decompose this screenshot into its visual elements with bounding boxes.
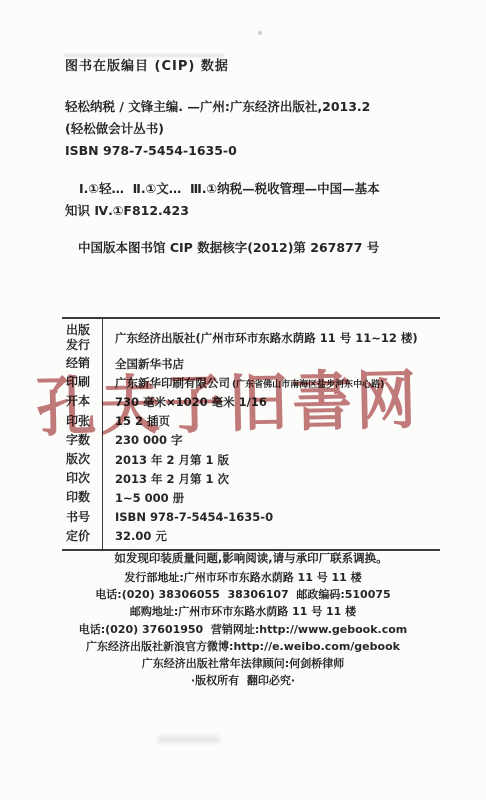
publisher-contact-block: 发行部地址:广州市环市东路水荫路 11 号 11 楼 电话:(020) 3830… [34, 569, 452, 689]
copyright-statement: ·版权所有 翻印必究· [34, 672, 452, 689]
colophon-table: 出版发行 广东经济出版社(广州市环市东路水荫路 11 号 11~12 楼) 经销… [62, 317, 440, 551]
bib-isbn-line: ISBN 978-7-5454-1635-0 [65, 140, 435, 162]
mail-order-address: 邮购地址:广州市环市东路水荫路 11 号 11 楼 [34, 603, 452, 620]
quality-notice: 如发现印装质量问题,影响阅读,请与承印厂联系调换。 [62, 550, 440, 566]
row-label: 书号 [62, 510, 100, 525]
row-note: (广东省佛山市南海区盐步河东中心路) [232, 380, 384, 390]
row-value: 全国新华书店 [115, 357, 184, 371]
row-value: 广东新华印刷有限公司 [115, 376, 230, 390]
row-label: 印数 [62, 490, 100, 505]
table-row: 出版发行 广东经济出版社(广州市环市东路水荫路 11 号 11~12 楼) [62, 321, 440, 354]
row-value: ISBN 978-7-5454-1635-0 [115, 510, 273, 524]
table-row: 定价 32.00 元 [62, 527, 440, 546]
bib-title-line: 轻松纳税 / 文锋主编. —广州:广东经济出版社,2013.2 [65, 96, 435, 118]
row-label: 版次 [62, 452, 100, 467]
table-row: 印张 15 2 插页 [62, 412, 440, 431]
row-value: 2013 年 2 月第 1 次 [115, 472, 229, 486]
row-value: 15 2 插页 [115, 414, 170, 428]
scan-speck-artifact [258, 31, 262, 35]
phone-website-line: 电话:(020) 37601950 营销网址:http://www.gebook… [34, 621, 452, 638]
table-row: 开本 730 毫米×1020 毫米 1/16 [62, 392, 440, 411]
weibo-line: 广东经济出版社新浪官方微博:http://e.weibo.com/gebook [34, 638, 452, 655]
table-row: 字数 230 000 字 [62, 431, 440, 450]
book-copyright-page: 图书在版编目 (CIP) 数据 轻松纳税 / 文锋主编. —广州:广东经济出版社… [0, 0, 486, 800]
table-row: 印次 2013 年 2 月第 1 次 [62, 469, 440, 488]
table-divider-line [102, 319, 103, 549]
row-value: 32.00 元 [115, 529, 167, 543]
distribution-address: 发行部地址:广州市环市东路水荫路 11 号 11 楼 [34, 569, 452, 586]
phone-postcode-line: 电话:(020) 38306055 38306107 邮政编码:510075 [34, 586, 452, 603]
scan-smudge-artifact [158, 736, 220, 743]
row-value: 2013 年 2 月第 1 版 [115, 453, 229, 467]
table-row: 经销 全国新华书店 [62, 354, 440, 373]
legal-counsel-line: 广东经济出版社常年法律顾问:何剑桥律师 [34, 655, 452, 672]
row-label: 字数 [62, 433, 100, 448]
row-label: 印次 [62, 471, 100, 486]
table-row: 书号 ISBN 978-7-5454-1635-0 [62, 508, 440, 527]
table-row: 版次 2013 年 2 月第 1 版 [62, 450, 440, 469]
row-label: 印刷 [62, 375, 100, 390]
cip-bibliography-block: 轻松纳税 / 文锋主编. —广州:广东经济出版社,2013.2 (轻松做会计丛书… [65, 96, 435, 162]
table-row: 印数 1~5 000 册 [62, 488, 440, 507]
row-label: 出版发行 [62, 323, 100, 353]
cip-classification-block: Ⅰ.①轻… Ⅱ.①文… Ⅲ.①纳税—税收管理—中国—基本 知识 Ⅳ.①F812.… [65, 178, 437, 222]
row-value: 广东经济出版社(广州市环市东路水荫路 11 号 11~12 楼) [115, 331, 418, 345]
cip-record-number: 中国版本图书馆 CIP 数据核字(2012)第 267877 号 [78, 238, 379, 256]
row-label: 经销 [62, 356, 100, 371]
table-row: 印刷 广东新华印刷有限公司(广东省佛山市南海区盐步河东中心路) [62, 373, 440, 392]
classification-line-2: 知识 Ⅳ.①F812.423 [65, 200, 437, 222]
row-label: 印张 [62, 414, 100, 429]
row-value: 1~5 000 册 [115, 491, 184, 505]
bib-series-line: (轻松做会计丛书) [65, 118, 435, 140]
row-label: 开本 [62, 394, 100, 409]
cip-section-title: 图书在版编目 (CIP) 数据 [65, 55, 229, 74]
row-label: 定价 [62, 529, 100, 544]
row-value: 730 毫米×1020 毫米 1/16 [115, 395, 267, 409]
classification-line-1: Ⅰ.①轻… Ⅱ.①文… Ⅲ.①纳税—税收管理—中国—基本 [65, 178, 437, 200]
row-value: 230 000 字 [115, 433, 183, 447]
